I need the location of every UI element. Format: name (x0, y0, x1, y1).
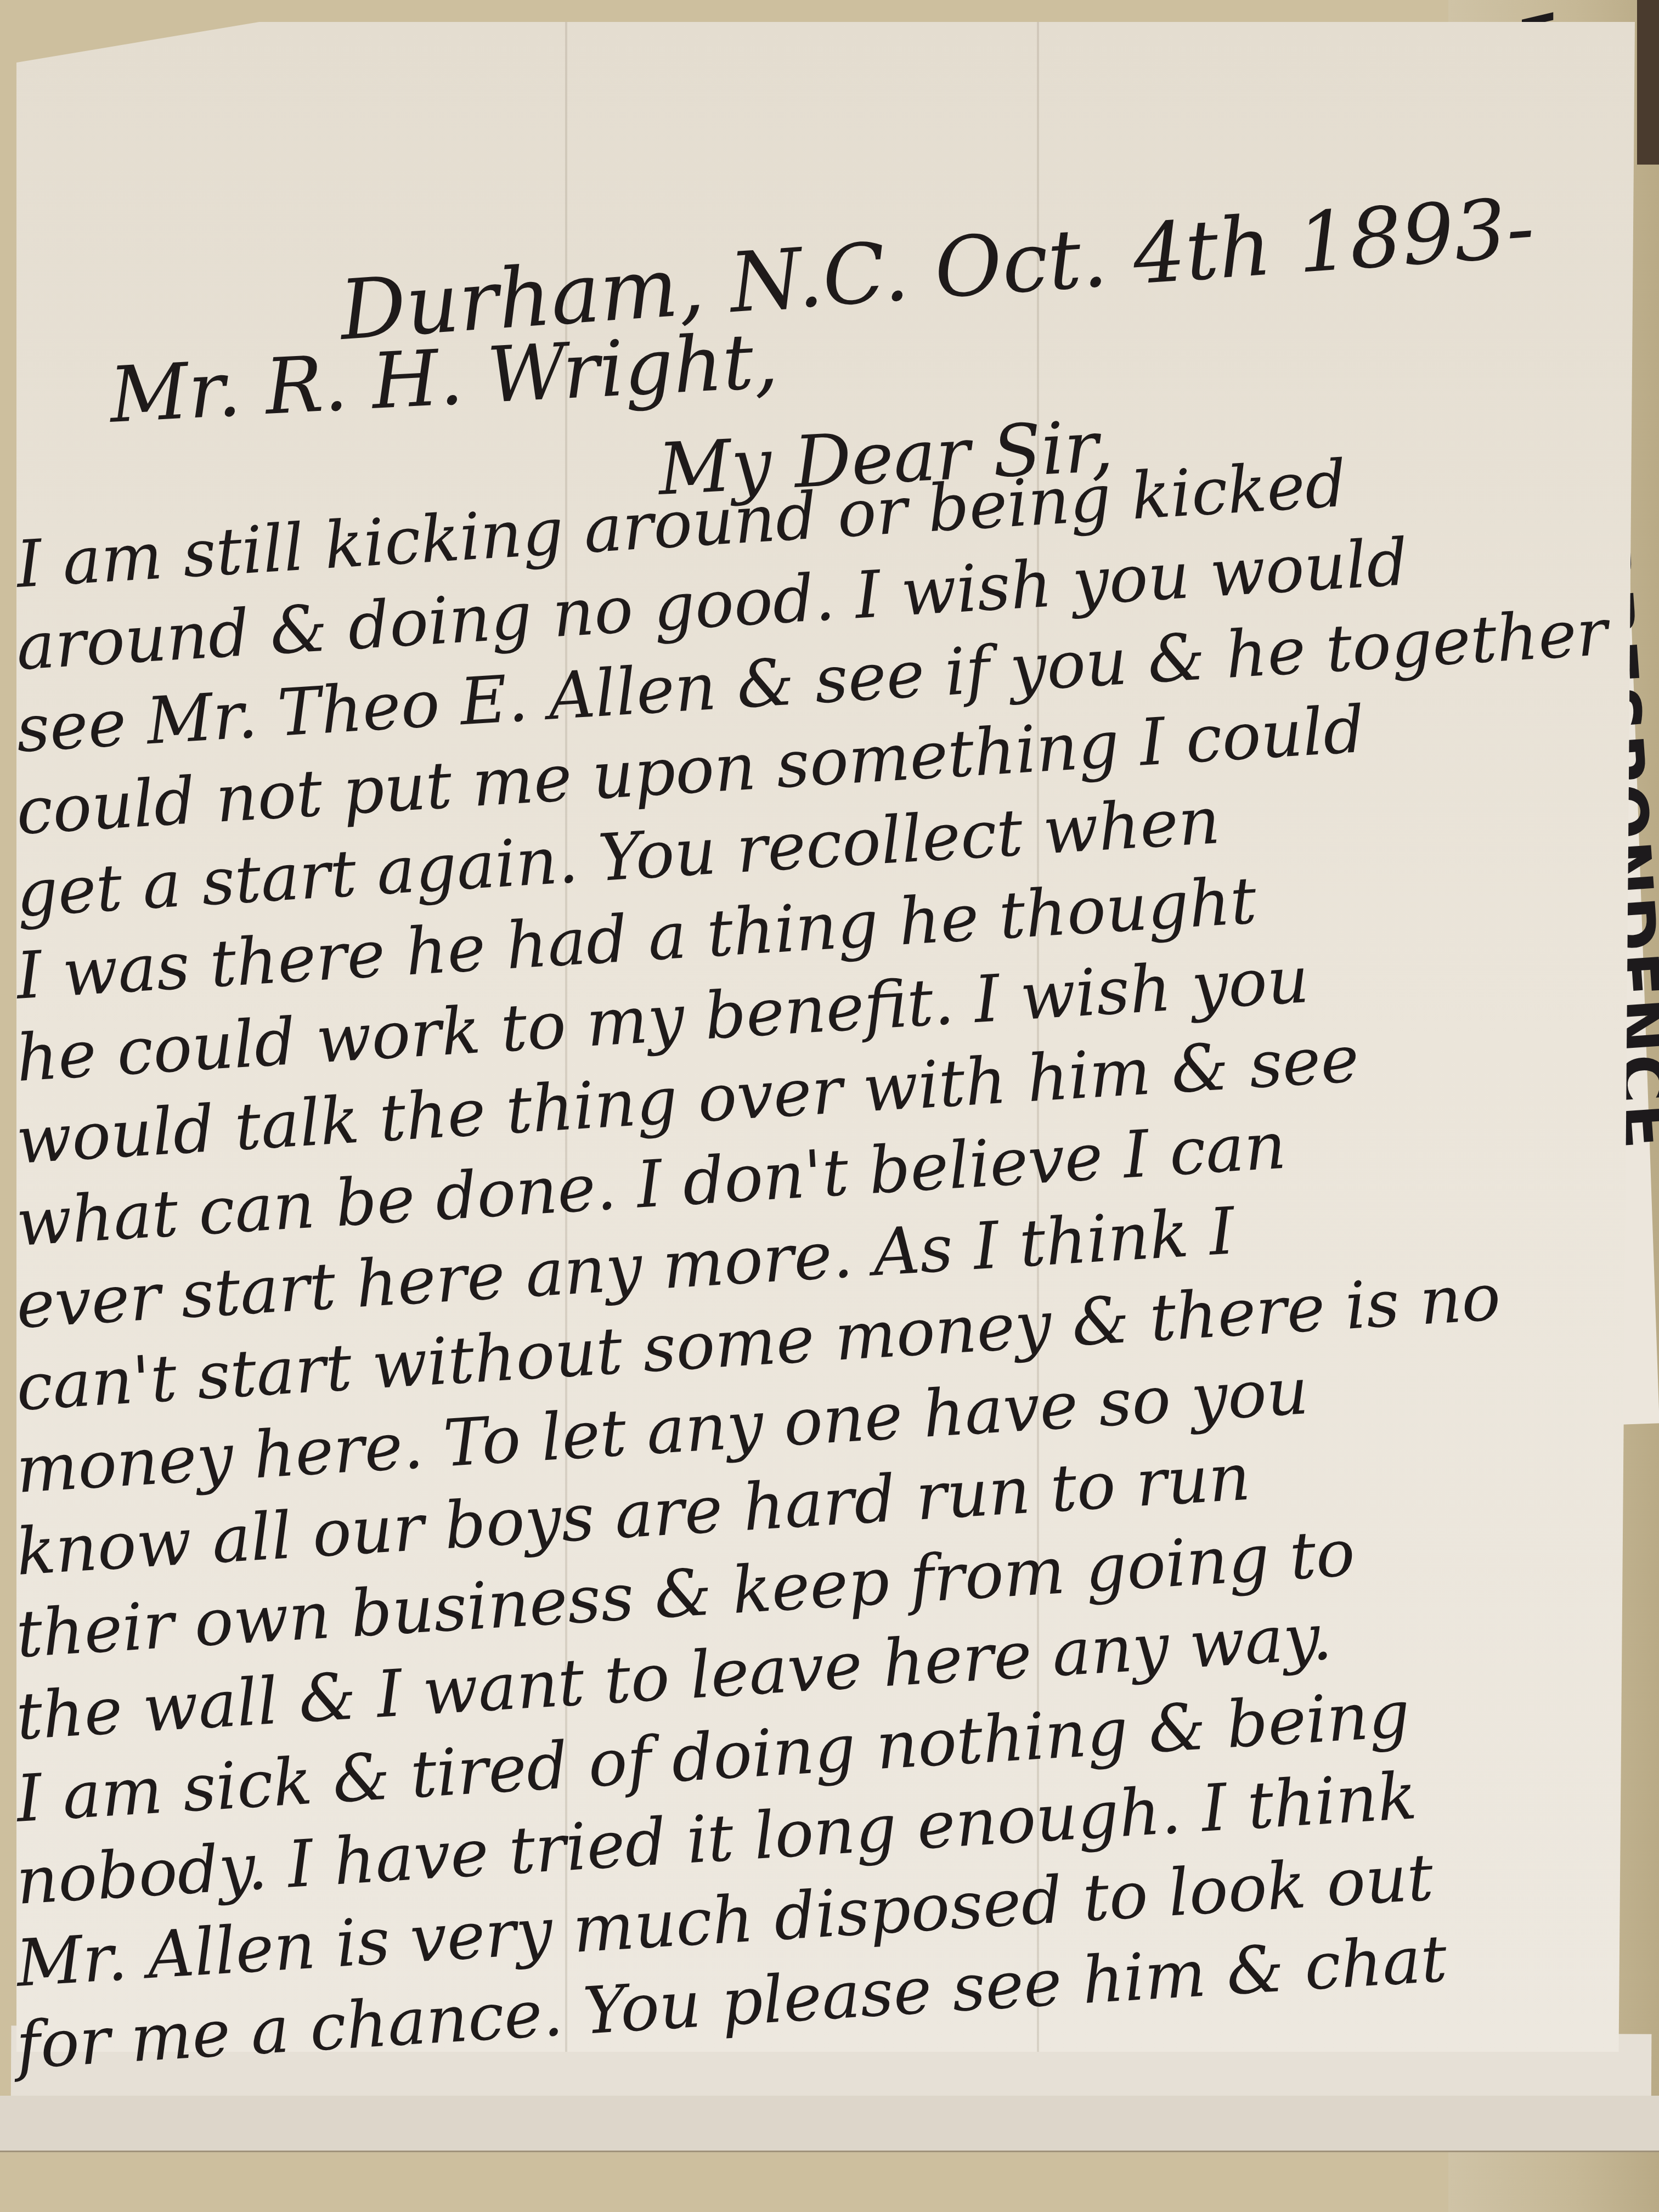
folder-shadow (1637, 0, 1659, 165)
underlying-sheet (0, 2096, 1659, 2152)
